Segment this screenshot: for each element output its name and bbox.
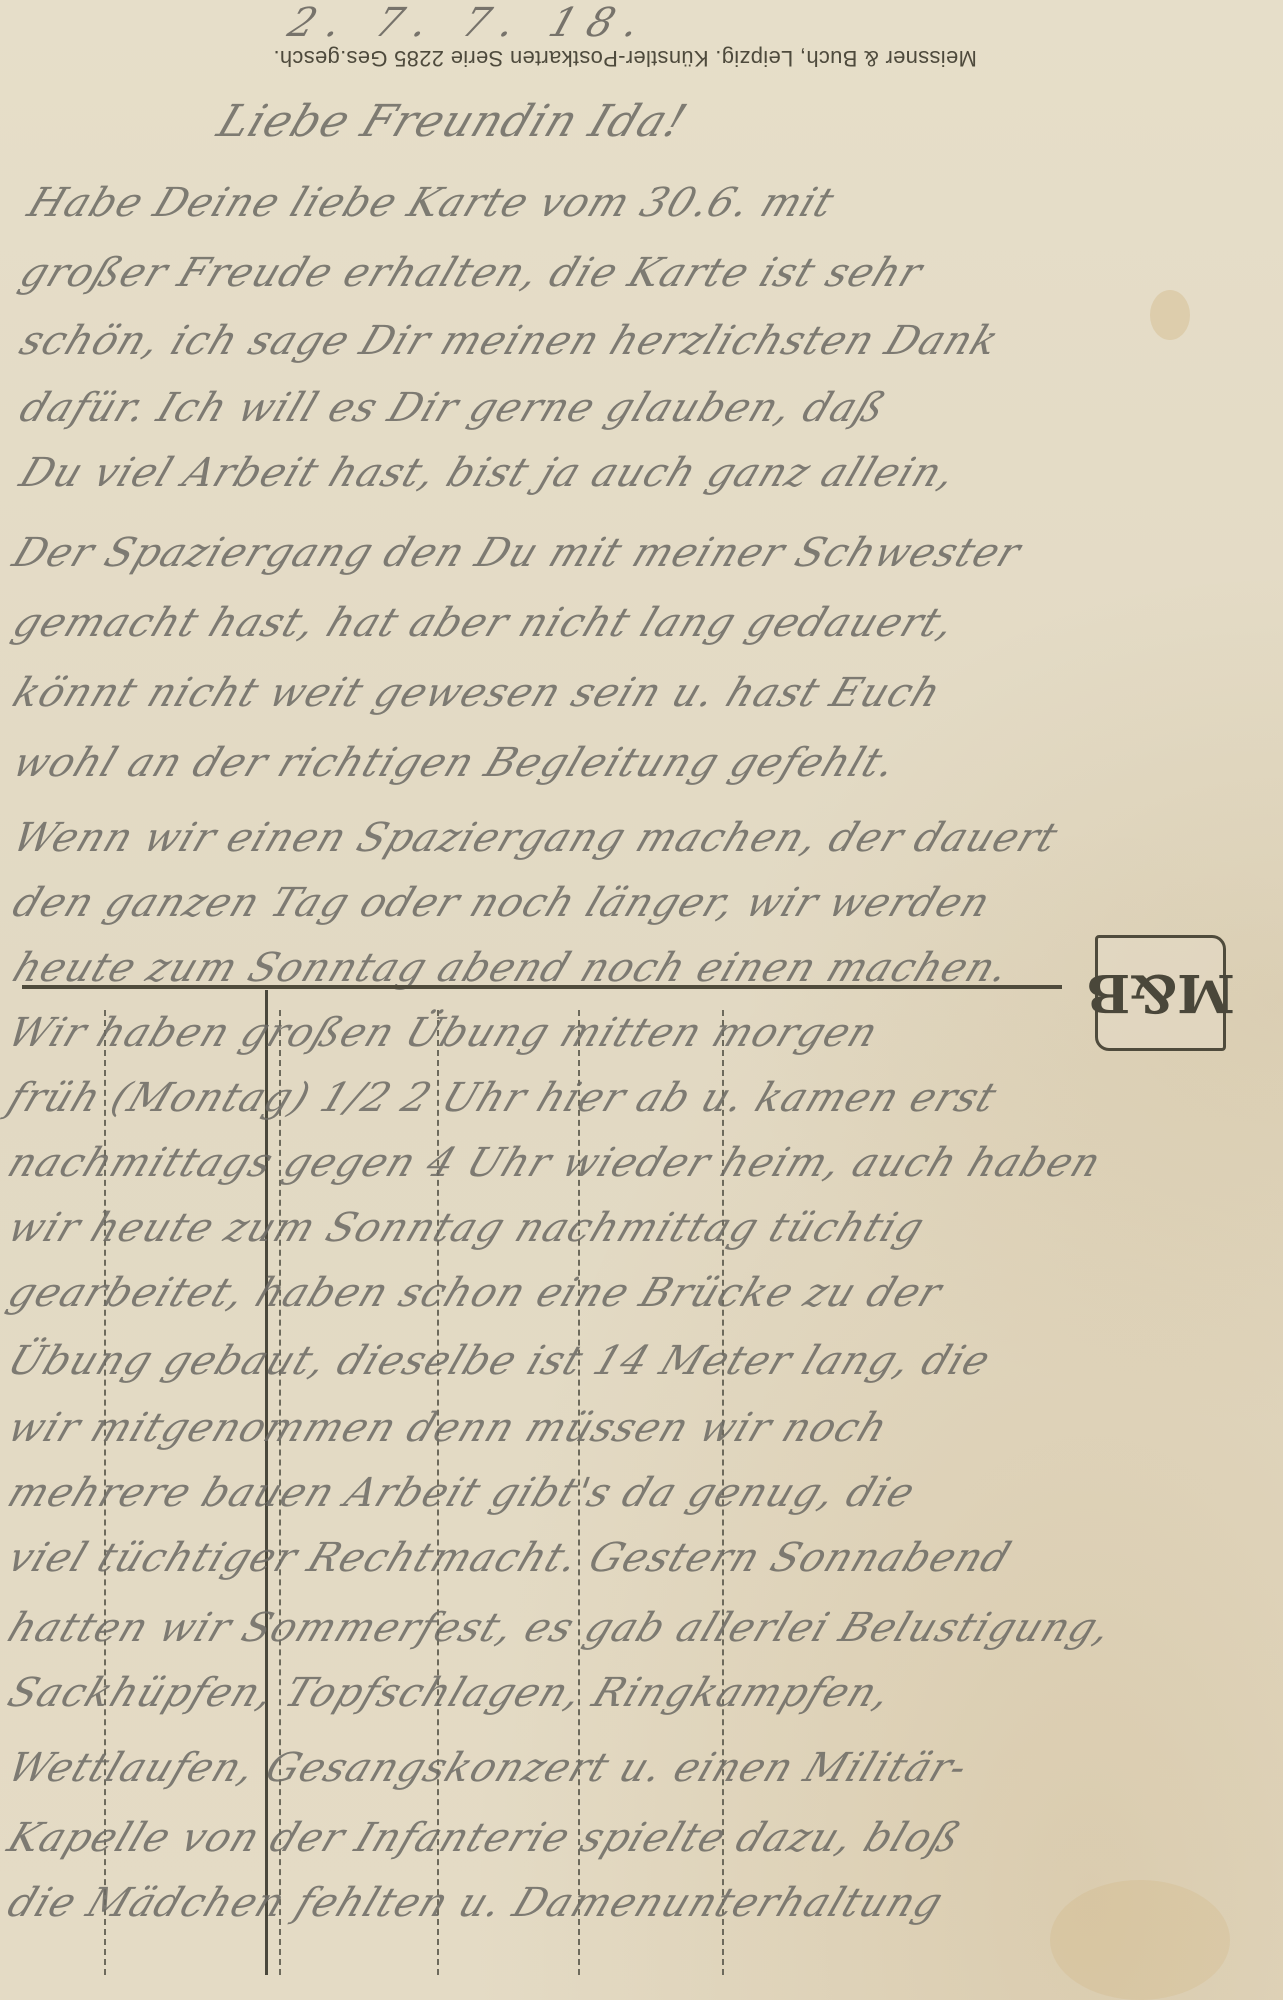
letter-line: schön, ich sage Dir meinen herzlichsten …: [14, 318, 1006, 364]
letter-line: könnt nicht weit gewesen sein u. hast Eu…: [7, 670, 948, 716]
postcard-back: 2. 7. 7. 18. Meissner & Buch, Leipzig. K…: [0, 0, 1283, 2000]
paper-stain: [1050, 1880, 1230, 2000]
letter-line: Habe Deine liebe Karte vom 30.6. mit: [22, 180, 841, 226]
letter-line: Du viel Arbeit hast, bist ja auch ganz a…: [14, 450, 963, 496]
letter-line: mehrere bauen Arbeit gibt's da genug, di…: [2, 1470, 922, 1516]
publisher-imprint: Meissner & Buch, Leipzig. Künstler-Postk…: [150, 40, 1100, 76]
address-divider-line: [22, 985, 1062, 989]
letter-line: wir mitgenommen denn müssen wir noch: [2, 1405, 895, 1451]
letter-line: Der Spaziergang den Du mit meiner Schwes…: [7, 530, 1028, 576]
letter-line: wohl an der richtigen Begleitung gefehlt…: [7, 740, 903, 786]
publisher-logo-icon: M&B: [1095, 935, 1226, 1051]
letter-line: dafür. Ich will es Dir gerne glauben, da…: [14, 385, 893, 431]
letter-line: wir heute zum Sonntag nachmittag tüchtig: [2, 1205, 931, 1251]
letter-line: großer Freude erhalten, die Karte ist se…: [14, 250, 930, 296]
letter-line: Übung gebaut, dieselbe ist 14 Meter lang…: [2, 1338, 997, 1384]
letter-line: Kapelle von der Infanterie spielte dazu,…: [2, 1815, 968, 1861]
greeting-line: Liebe Freundin Ida!: [211, 96, 694, 147]
letter-line: gemacht hast, hat aber nicht lang gedaue…: [7, 600, 962, 646]
letter-line: hatten wir Sommerfest, es gab allerlei B…: [2, 1605, 1119, 1651]
letter-line: die Mädchen fehlten u. Damenunterhaltung: [2, 1880, 950, 1926]
letter-line: früh (Montag) 1/2 2 Uhr hier ab u. kamen…: [2, 1075, 1004, 1121]
letter-line: nachmittags gegen 4 Uhr wieder heim, auc…: [2, 1140, 1108, 1186]
letter-line: Wir haben großen Übung mitten morgen: [2, 1010, 885, 1056]
paper-stain: [1150, 290, 1190, 340]
letter-line: gearbeitet, haben schon eine Brücke zu d…: [2, 1270, 949, 1316]
letter-line: viel tüchtiger Rechtmacht. Gestern Sonna…: [2, 1535, 1018, 1581]
letter-line: Wenn wir einen Spaziergang machen, der d…: [7, 815, 1065, 861]
letter-line: den ganzen Tag oder noch länger, wir wer…: [7, 880, 997, 926]
letter-line: Sackhüpfen, Topfschlagen, Ringkampfen,: [2, 1670, 898, 1716]
letter-line: Wettlaufen, Gesangskonzert u. einen Mili…: [2, 1745, 975, 1791]
